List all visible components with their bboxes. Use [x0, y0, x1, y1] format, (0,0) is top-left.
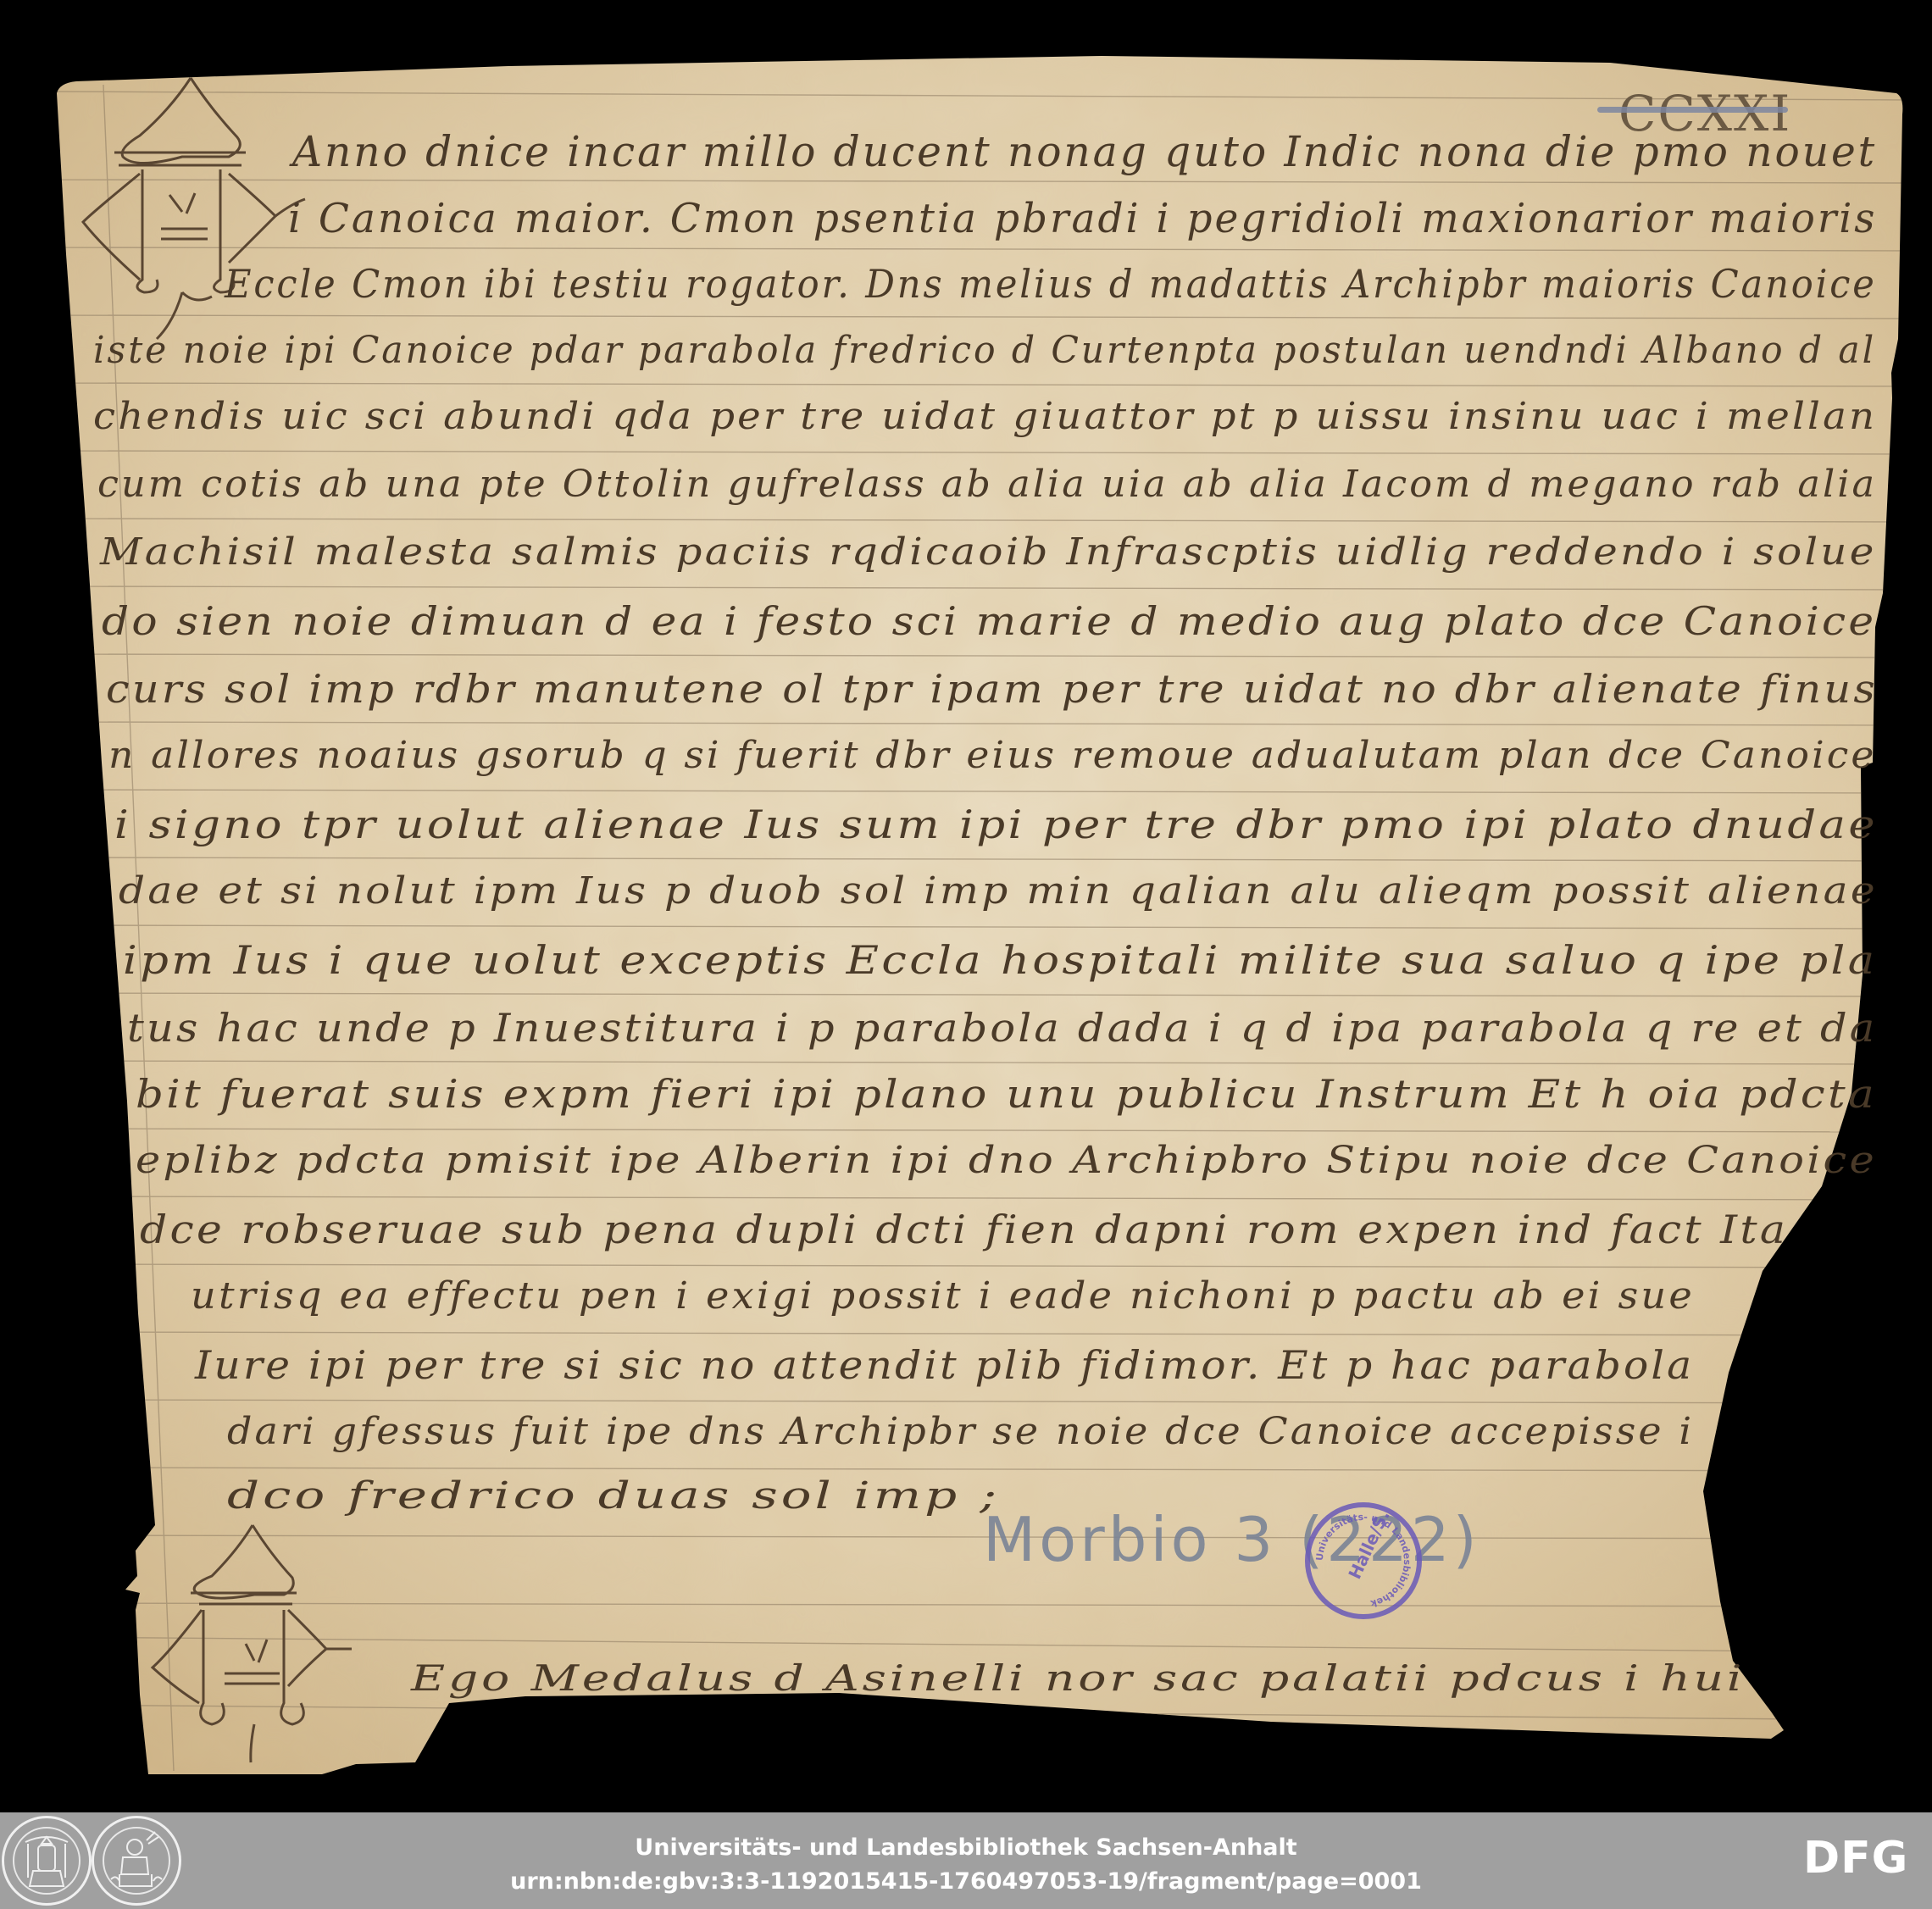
manuscript-line: i Canoica maior. Cmon psentia pbradi i p… [288, 195, 1877, 242]
manuscript-line: cum cotis ab una pte Ottolin gufrelass a… [97, 463, 1877, 506]
manuscript-line: dce robseruae sub pena dupli dcti fien d… [140, 1207, 1788, 1252]
folio-number-annotation: CCXXI [1618, 85, 1791, 142]
manuscript-line: dari gfessus fuit ipe dns Archipbr se no… [227, 1410, 1694, 1453]
manuscript-line: Machisil malesta salmis paciis rqdicaoib… [100, 530, 1877, 574]
manuscript-line: Iure ipi per tre si sic no attendit plib… [195, 1342, 1694, 1388]
manuscript-line: tus hac unde p Inuestitura i p parabola … [127, 1005, 1877, 1051]
manuscript-line: chendis uic sci abundi qda per tre uidat… [93, 395, 1877, 438]
dfg-logo: DFG [1803, 1836, 1908, 1880]
manuscript-line: dco fredrico duas sol imp ; [227, 1474, 1000, 1518]
manuscript-line: eplibz pdcta pmisit ipe Alberin ipi dno … [136, 1139, 1877, 1182]
manuscript-line: utrisq ea effectu pen i exigi possit i e… [191, 1274, 1695, 1318]
manuscript-line: dae et si nolut ipm Ius p duob sol imp m… [119, 869, 1878, 913]
footer-bar: Universitäts- und Landesbibliothek Sachs… [0, 1812, 1932, 1909]
footer-urn-link[interactable]: urn:nbn:de:gbv:3:3-1192015415-1760497053… [0, 1868, 1932, 1895]
manuscript-line: ipm Ius i que uolut exceptis Eccla hospi… [123, 937, 1878, 983]
manuscript-line: Eccle Cmon ibi testiu rogator. Dns meliu… [225, 261, 1877, 307]
notary-subscription-line: Ego Medalus d Asinelli nor sac palatii p… [411, 1657, 1745, 1699]
manuscript-line: n allores noaius gsorub q si fuerit dbr … [108, 734, 1876, 777]
manuscript-scan: Anno dnice incar millo ducent nonag quto… [0, 0, 1932, 1812]
manuscript-line: iste noie ipi Canoice pdar parabola fred… [93, 329, 1876, 372]
manuscript-line: curs sol imp rdbr manutene ol tpr ipam p… [106, 666, 1878, 712]
footer-institution-name: Universitäts- und Landesbibliothek Sachs… [0, 1834, 1932, 1861]
manuscript-line: do sien noie dimuan d ea i festo sci mar… [102, 598, 1876, 644]
manuscript-line: i signo tpr uolut alienae Ius sum ipi pe… [114, 802, 1878, 847]
manuscript-line: bit fuerat suis expm fieri ipi plano unu… [136, 1071, 1877, 1117]
strikethrough-mark [1597, 107, 1788, 113]
library-ownership-stamp: Universitäts- und Landesbibliothek Halle… [1305, 1502, 1422, 1619]
